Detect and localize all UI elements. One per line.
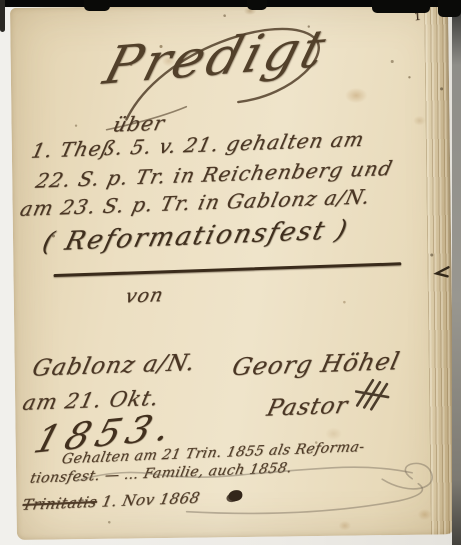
ink-specks [10, 8, 11, 9]
note-date: 1. Nov 1868 [95, 489, 202, 511]
manuscript-paper: Predigt über 1. Theß. 5. v. 21. gehalten… [10, 2, 455, 540]
binding-corner-sliver [0, 0, 5, 32]
later-note-line-3: Trinitatis 1. Nov 1868 [21, 489, 202, 514]
binding-remnant [247, 0, 267, 10]
ink-blot [228, 490, 242, 501]
binding-remnant [438, 0, 461, 17]
occasion-underline [53, 262, 401, 277]
occasion-reformationsfest: ( Reformationsfest ) [39, 215, 351, 258]
scan-right-shadow [452, 0, 461, 545]
place-gablonz: Gablonz a/N. [30, 350, 199, 382]
preposition-ueber: über [111, 111, 168, 137]
binding-remnant [372, 0, 430, 13]
struck-word: Trinitatis [21, 493, 99, 514]
scripture-reference-line-1: 1. Theß. 5. v. 21. gehalten am [29, 127, 367, 163]
binding-remnant [84, 0, 110, 11]
scanned-manuscript-page: { "palette":{"paper":"#ebdfc3","ink":"#4… [0, 0, 461, 545]
author-signature: Georg Höhel [229, 347, 402, 381]
signature-paraph-hatch [355, 377, 391, 411]
sermon-title: Predigt [97, 19, 334, 97]
author-role-pastor: Pastor [264, 393, 351, 422]
by-word: von [123, 284, 166, 307]
